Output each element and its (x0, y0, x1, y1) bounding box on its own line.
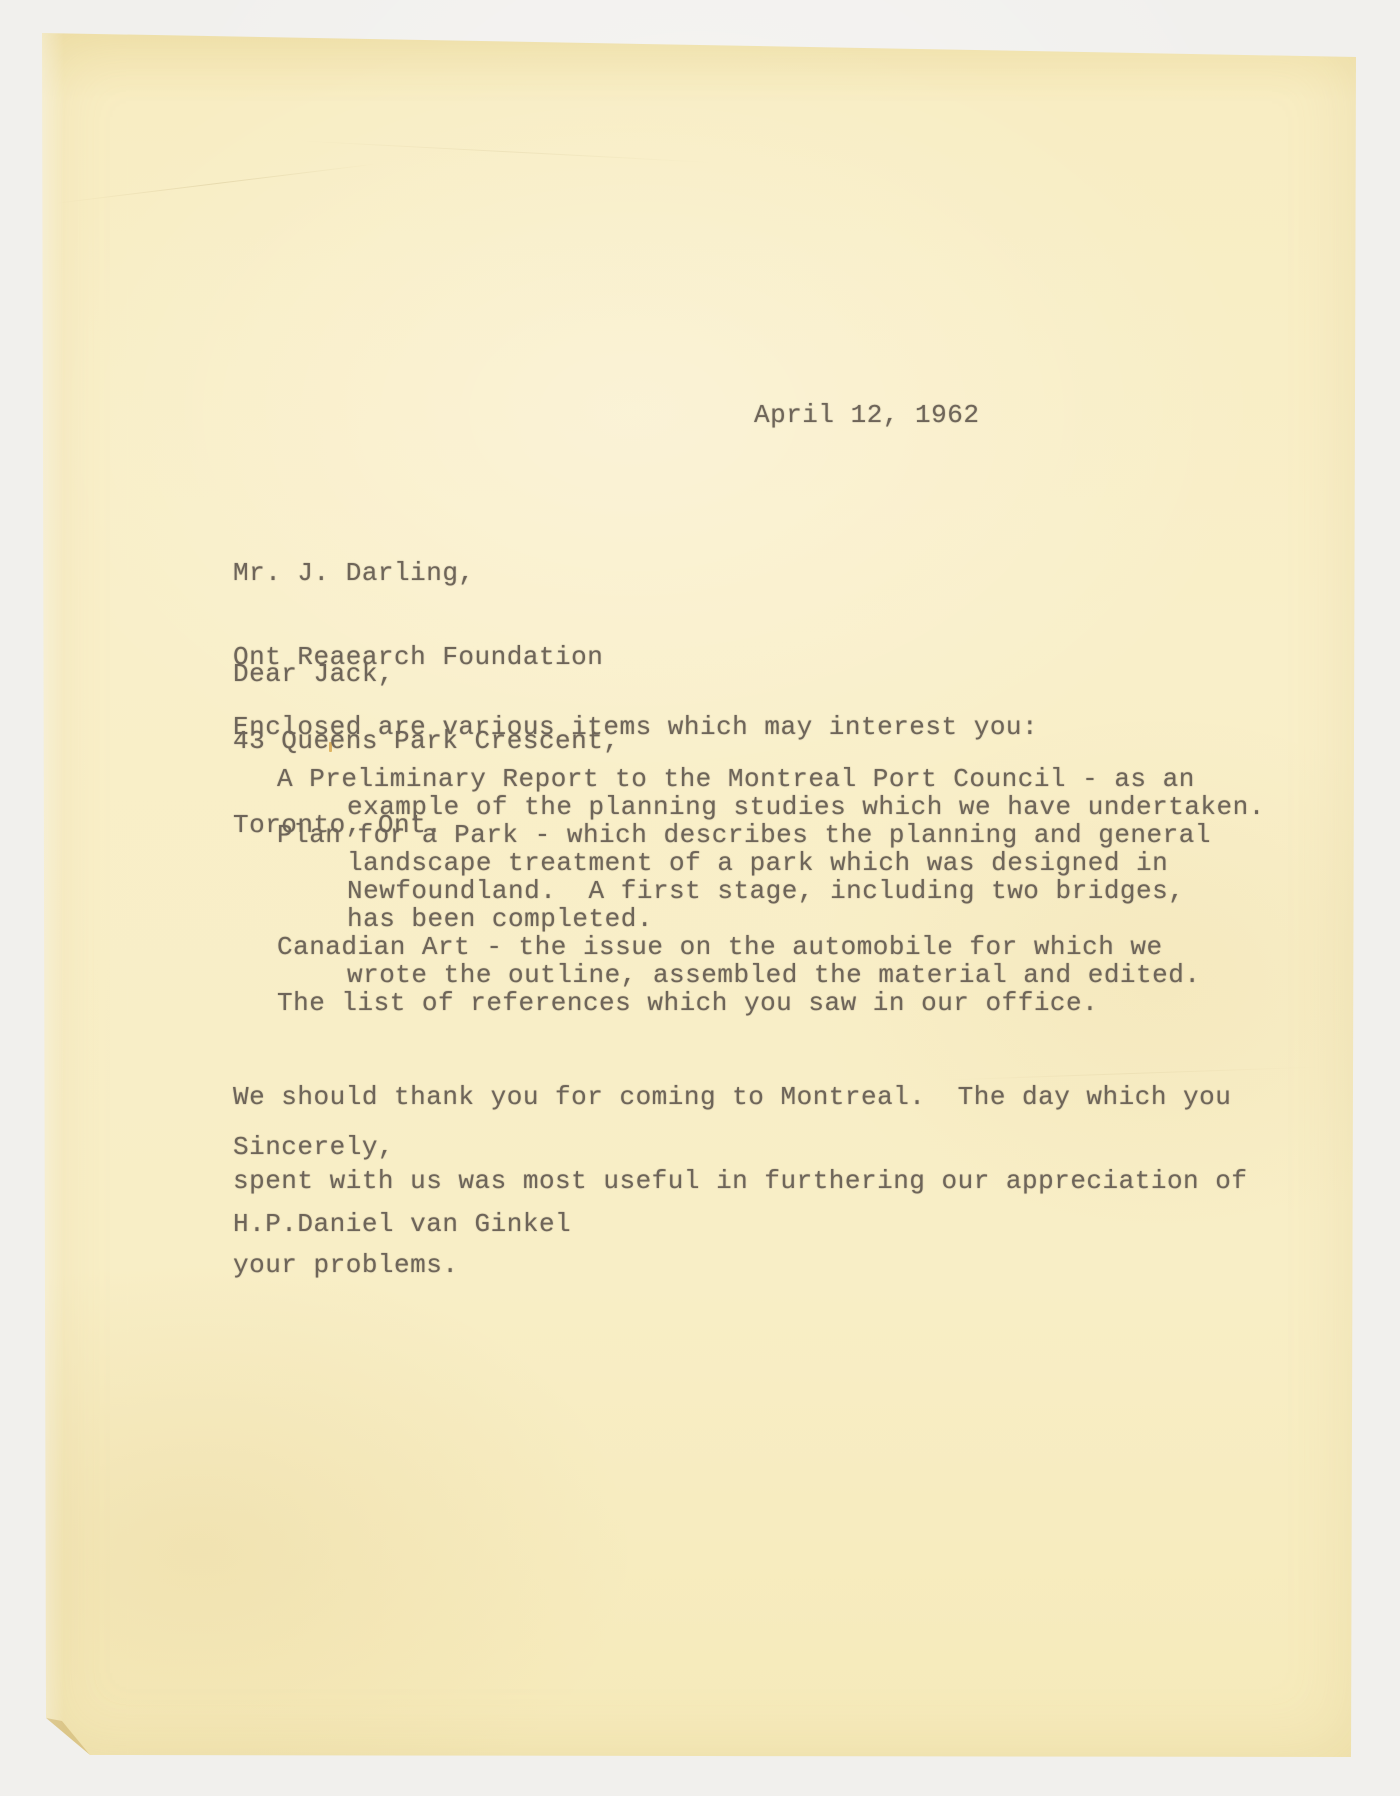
enclosure-line: Newfoundland. A first stage, including t… (233, 877, 1265, 905)
paper-crease (292, 140, 711, 163)
enclosure-list: A Preliminary Report to the Montreal Por… (233, 765, 1265, 1017)
letter-date: April 12, 1962 (754, 401, 979, 429)
salutation: Dear Jack, (233, 660, 394, 688)
intro-line: Enclosed are various items which may int… (233, 713, 1038, 741)
closing-line: We should thank you for coming to Montre… (233, 1083, 1247, 1111)
paper-edge-highlight (42, 33, 64, 1757)
enclosure-line: Plan for a Park - which describes the pl… (233, 821, 1265, 849)
paper-crease (53, 163, 381, 204)
signature-name: H.P.Daniel van Ginkel (233, 1210, 571, 1238)
enclosure-line: landscape treatment of a park which was … (233, 849, 1265, 877)
closing-line: spent with us was most useful in further… (233, 1167, 1247, 1195)
enclosure-line: example of the planning studies which we… (233, 793, 1265, 821)
letter-page: April 12, 1962 Mr. J. Darling, Ont Reaea… (42, 33, 1356, 1757)
scan-background: { "colors": { "background": "#f1f0ed", "… (0, 0, 1400, 1796)
closing-line: your problems. (233, 1251, 1247, 1279)
enclosure-line: A Preliminary Report to the Montreal Por… (233, 765, 1265, 793)
valediction: Sincerely, (233, 1133, 394, 1161)
enclosure-line: The list of references which you saw in … (233, 989, 1265, 1017)
enclosure-line: Canadian Art - the issue on the automobi… (233, 933, 1265, 961)
enclosure-line: has been completed. (233, 905, 1265, 933)
enclosure-line: wrote the outline, assembled the materia… (233, 961, 1265, 989)
closing-paragraph: We should thank you for coming to Montre… (233, 1027, 1247, 1335)
recipient-name: Mr. J. Darling, (233, 559, 619, 587)
corner-fold (42, 1713, 102, 1763)
